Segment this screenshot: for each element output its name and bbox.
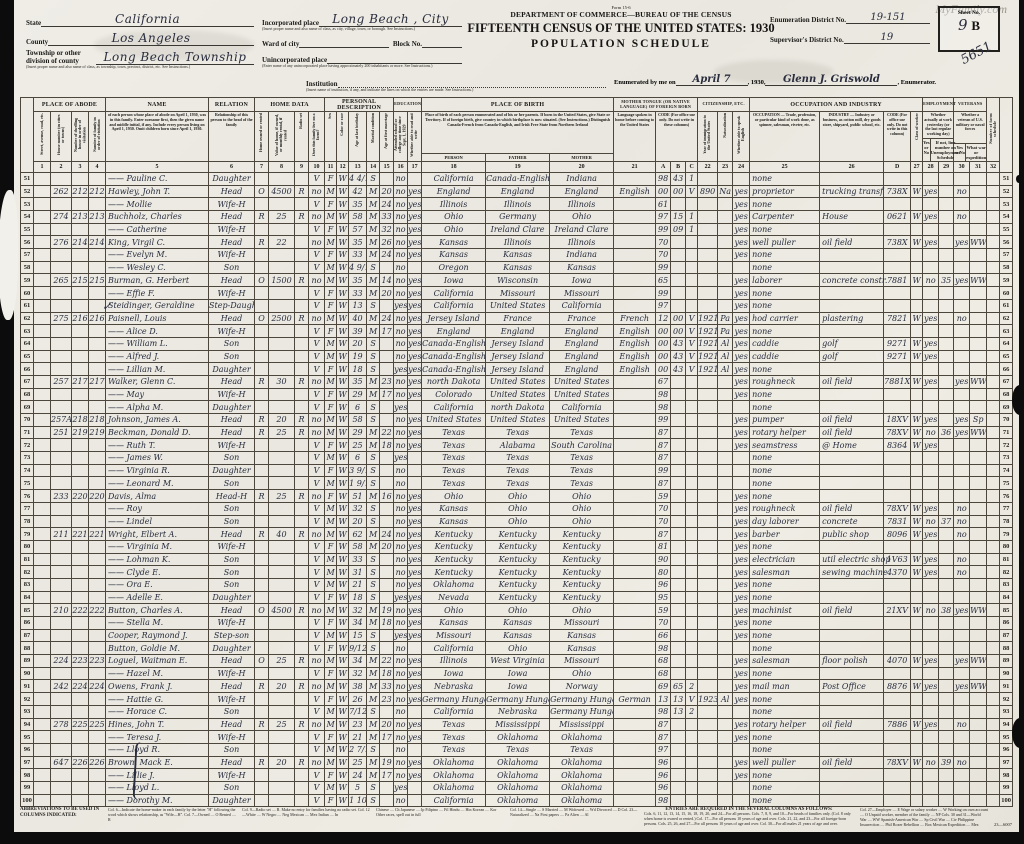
cell-code-b <box>671 642 686 655</box>
line-number: 51 <box>21 172 34 185</box>
cell-naturalization <box>718 502 733 515</box>
cell-naturalization: Al <box>718 363 733 376</box>
cell-family <box>89 781 106 794</box>
township-note: (Insert proper name and also name of cla… <box>26 65 254 69</box>
cell-code-a: 68 <box>656 667 671 680</box>
cell-name: Burman, G. Herbert <box>106 274 209 287</box>
cell-code-c <box>686 731 698 744</box>
cell-relation: Son <box>209 350 255 363</box>
cell-relation: Daughter <box>209 642 255 655</box>
cell-code-b: 65 <box>671 680 686 693</box>
cell-color: W <box>337 617 349 630</box>
cell-unemployment-line <box>939 388 954 401</box>
table-header: PLACE OF ABODE NAME RELATION HOME DATA P… <box>21 98 1013 173</box>
cell-house <box>51 578 72 591</box>
cell-naturalization: Pa <box>718 312 733 325</box>
cell-code-b <box>671 553 686 566</box>
cell-value: 20 <box>269 756 295 769</box>
cell-language <box>614 452 656 465</box>
cell-at-work <box>923 464 939 477</box>
group-relation: RELATION <box>209 98 255 112</box>
cell-code-d <box>884 261 911 274</box>
cell-age: 40 <box>349 312 367 325</box>
cell-age: 39 <box>349 325 367 338</box>
cell-code-d <box>884 731 911 744</box>
cell-unemployment-line: 38 <box>939 604 954 617</box>
cell-street <box>34 769 51 782</box>
cell-school: no <box>394 464 408 477</box>
cell-unemployment-line: 39 <box>939 756 954 769</box>
cell-code-c <box>686 490 698 503</box>
cell-code-a: 59 <box>656 604 671 617</box>
cell-owned: R <box>255 680 269 693</box>
cell-age: 15 <box>349 629 367 642</box>
cell-dwelling <box>72 249 89 262</box>
cell-house <box>51 249 72 262</box>
cell-english: yes <box>733 363 750 376</box>
cell-naturalization: Al <box>718 350 733 363</box>
cell-english: yes <box>733 312 750 325</box>
cell-at-work: yes <box>923 528 939 541</box>
cell-english: yes <box>733 667 750 680</box>
cell-english: yes <box>733 769 750 782</box>
cell-name: Wright, Elbert A. <box>106 528 209 541</box>
cell-occupation: none <box>750 693 820 706</box>
cell-unemployment-line <box>939 452 954 465</box>
cell-marital: M <box>367 185 380 198</box>
cell-color: W <box>337 261 349 274</box>
cell-dwelling: 212 <box>72 185 89 198</box>
cell-occupation: rotary helper <box>750 718 820 731</box>
cell-age: 18 <box>349 591 367 604</box>
line-number: 64 <box>1000 337 1013 350</box>
cell-street <box>34 578 51 591</box>
cell-sex: F <box>325 249 337 262</box>
cell-relation: Wife-H <box>209 223 255 236</box>
cell-code-a: 99 <box>656 223 671 236</box>
table-row: 56276214214King, Virgil C.HeadR22noMW35M… <box>21 236 1013 249</box>
cell-unemployment-line <box>939 299 954 312</box>
cell-dwelling: 213 <box>72 211 89 224</box>
cell-read-write: yes <box>408 553 422 566</box>
cell-name: Loguel, Waitman E. <box>106 655 209 668</box>
cell-language <box>614 617 656 630</box>
cell-immigration <box>698 401 718 414</box>
cell-code-c <box>686 629 698 642</box>
cell-unemployment-line <box>939 578 954 591</box>
cell-class <box>911 464 923 477</box>
cell-name: —— Effie F. <box>106 287 209 300</box>
cell-at-work: yes <box>923 718 939 731</box>
cell-name: —— Ora E. <box>106 578 209 591</box>
cell-sex: F <box>325 642 337 655</box>
cell-farm: no <box>309 718 325 731</box>
cell-language <box>614 198 656 211</box>
cell-war <box>970 223 987 236</box>
cell-industry <box>820 629 884 642</box>
cell-unemployment-line <box>939 591 954 604</box>
cell-marital: M <box>367 236 380 249</box>
handwritten-mark: ✓ <box>102 300 111 313</box>
cell-language <box>614 299 656 312</box>
cell-father-birthplace: Ohio <box>486 502 550 515</box>
cell-naturalization: Na <box>718 185 733 198</box>
cell-occupation: well puller <box>750 756 820 769</box>
cell-dwelling: 220 <box>72 490 89 503</box>
cell-name: Beckman, Donald D. <box>106 426 209 439</box>
cell-father-birthplace: United States <box>486 414 550 427</box>
cell-war <box>970 401 987 414</box>
cell-english <box>733 781 750 794</box>
cell-relation: Step-Daughter <box>209 299 255 312</box>
cell-code-a: 81 <box>656 540 671 553</box>
cell-dwelling <box>72 477 89 490</box>
cell-occupation: none <box>750 540 820 553</box>
cell-code-d <box>884 464 911 477</box>
cell-relation: Daughter <box>209 591 255 604</box>
column-sex: Sex <box>325 112 337 162</box>
cell-relation: Head <box>209 185 255 198</box>
cell-at-work <box>923 452 939 465</box>
cell-dwelling <box>72 667 89 680</box>
cell-war <box>970 249 987 262</box>
line-number: 97 <box>21 756 34 769</box>
cell-veteran <box>954 705 970 718</box>
cell-war <box>970 540 987 553</box>
cell-english: yes <box>733 490 750 503</box>
cell-age: 26 <box>349 693 367 706</box>
cell-immigration <box>698 578 718 591</box>
cell-age: 7/12 <box>349 705 367 718</box>
column-number: 16 <box>394 161 408 172</box>
cell-owned: O <box>255 185 269 198</box>
cell-farm: no <box>309 604 325 617</box>
cell-occupation: none <box>750 249 820 262</box>
cell-relation: Daughter <box>209 794 255 807</box>
cell-street <box>34 325 51 338</box>
line-number: 73 <box>21 452 34 465</box>
cell-street <box>34 642 51 655</box>
line-number: 86 <box>1000 617 1013 630</box>
cell-school: no <box>394 198 408 211</box>
cell-veteran <box>954 198 970 211</box>
cell-immigration <box>698 528 718 541</box>
cell-code-c <box>686 375 698 388</box>
cell-farm-schedule <box>987 375 1000 388</box>
entries-text: Cols. 6, 11, 12, 13, 14, 15, 16, 18, 19,… <box>644 812 854 826</box>
cell-color: W <box>337 388 349 401</box>
cell-language <box>614 769 656 782</box>
cell-owned <box>255 667 269 680</box>
cell-birthplace: Kansas <box>422 249 486 262</box>
cell-code-c <box>686 781 698 794</box>
cell-house <box>51 198 72 211</box>
cell-father-birthplace: United States <box>486 299 550 312</box>
cell-relation: Son <box>209 781 255 794</box>
cell-language: English <box>614 185 656 198</box>
cell-age: 32 <box>349 667 367 680</box>
cell-code-b <box>671 477 686 490</box>
cell-code-c: V <box>686 337 698 350</box>
cell-code-d <box>884 198 911 211</box>
cell-farm: V <box>309 591 325 604</box>
cell-language: French <box>614 312 656 325</box>
cell-house: 211 <box>51 528 72 541</box>
cell-age-married: 32 <box>380 223 394 236</box>
cell-farm-schedule <box>987 236 1000 249</box>
cell-naturalization: Al <box>718 693 733 706</box>
cell-mother-birthplace: United States <box>550 388 614 401</box>
cell-mother-birthplace: Iowa <box>550 274 614 287</box>
cell-immigration <box>698 198 718 211</box>
column-number: 22 <box>698 161 718 172</box>
supervisor-district-label: Supervisor's District No. <box>770 36 844 44</box>
column-farm-schedule: Number of farm schedule <box>987 98 1000 162</box>
cell-unemployment-line <box>939 743 954 756</box>
cell-class: W <box>911 337 923 350</box>
cell-read-write: yes <box>408 566 422 579</box>
cell-family <box>89 350 106 363</box>
enumeration-date: April 7 <box>676 74 748 86</box>
cell-value <box>269 401 295 414</box>
cell-code-b <box>671 617 686 630</box>
cell-immigration <box>698 439 718 452</box>
cell-code-d <box>884 781 911 794</box>
column-dwelling-number: Number of dwelling house in order of vis… <box>72 112 89 162</box>
cell-code-c: 1 <box>686 223 698 236</box>
cell-unemployment-line <box>939 249 954 262</box>
cell-sex: F <box>325 731 337 744</box>
cell-value <box>269 743 295 756</box>
cell-age-married: 17 <box>380 388 394 401</box>
cell-street <box>34 439 51 452</box>
cell-name: Hawley, John T. <box>106 185 209 198</box>
line-number: 74 <box>21 464 34 477</box>
cell-code-c <box>686 452 698 465</box>
group-personal-description: PERSONAL DESCRIPTION <box>325 98 394 112</box>
cell-mother-birthplace: England <box>550 350 614 363</box>
cell-naturalization <box>718 604 733 617</box>
cell-father-birthplace: Oklahoma <box>486 731 550 744</box>
line-number: 65 <box>1000 350 1013 363</box>
cell-house: 647 <box>51 756 72 769</box>
cell-house <box>51 540 72 553</box>
cell-farm-schedule <box>987 540 1000 553</box>
cell-war <box>970 515 987 528</box>
cell-name: —— Alfred J. <box>106 350 209 363</box>
cell-read-write: yes <box>408 502 422 515</box>
cell-mother-birthplace: Germany Hungary <box>550 693 614 706</box>
cell-code-d: 738X <box>884 236 911 249</box>
cell-birthplace: California <box>422 299 486 312</box>
cell-marital: M <box>367 617 380 630</box>
cell-family: 218 <box>89 414 106 427</box>
cell-relation: Head <box>209 604 255 617</box>
cell-name: —— Adelle E. <box>106 591 209 604</box>
cell-veteran <box>954 743 970 756</box>
cell-english: yes <box>733 604 750 617</box>
table-row: 53—— MollieWife-HVFW35M24noyesIllinoisIl… <box>21 198 1013 211</box>
cell-mother-birthplace: Ireland Clare <box>550 223 614 236</box>
cell-sex: M <box>325 756 337 769</box>
cell-war <box>970 705 987 718</box>
column-number: 31 <box>970 161 987 172</box>
cell-value <box>269 566 295 579</box>
cell-street <box>34 236 51 249</box>
cell-english <box>733 642 750 655</box>
cell-read-write: yes <box>408 604 422 617</box>
cell-code-b <box>671 731 686 744</box>
cell-street <box>34 312 51 325</box>
cell-color: W <box>337 337 349 350</box>
line-number: 66 <box>1000 363 1013 376</box>
cell-relation: Head <box>209 274 255 287</box>
cell-mother-birthplace: Ohio <box>550 667 614 680</box>
line-number: 69 <box>21 401 34 414</box>
cell-immigration <box>698 604 718 617</box>
cell-at-work <box>923 769 939 782</box>
line-number: 82 <box>21 566 34 579</box>
cell-at-work: yes <box>923 312 939 325</box>
cell-class: W <box>911 236 923 249</box>
cell-value: 25 <box>269 211 295 224</box>
cell-value <box>269 578 295 591</box>
enumerated-by-line: Enumerated by me on April 7 , 1930, Glen… <box>614 74 1014 86</box>
cell-at-work: yes <box>923 414 939 427</box>
cell-naturalization <box>718 490 733 503</box>
cell-code-d <box>884 743 911 756</box>
cell-radio: R <box>295 655 309 668</box>
cell-name: —— Stella M. <box>106 617 209 630</box>
cell-code-a: 70 <box>656 617 671 630</box>
cell-farm-schedule <box>987 769 1000 782</box>
table-row: 60—— Effie F.Wife-HVFW33M20noyesCaliforn… <box>21 287 1013 300</box>
line-number: 94 <box>21 718 34 731</box>
cell-at-work: yes <box>923 337 939 350</box>
cell-family <box>89 566 106 579</box>
cell-mother-birthplace: Oklahoma <box>550 756 614 769</box>
cell-naturalization <box>718 236 733 249</box>
line-number: 78 <box>21 515 34 528</box>
cell-occupation: none <box>750 287 820 300</box>
cell-read-write <box>408 794 422 807</box>
cell-sex: M <box>325 236 337 249</box>
cell-marital: S <box>367 414 380 427</box>
cell-father-birthplace: Iowa <box>486 680 550 693</box>
cell-dwelling: 217 <box>72 375 89 388</box>
cell-farm: no <box>309 312 325 325</box>
cell-marital: S <box>367 591 380 604</box>
cell-farm-schedule <box>987 363 1000 376</box>
cell-age-married <box>380 401 394 414</box>
cell-language <box>614 540 656 553</box>
cell-read-write: yes <box>408 414 422 427</box>
table-row: 62275216216Paisnell, LouisHeadO2500RnoMW… <box>21 312 1013 325</box>
cell-color: W <box>337 477 349 490</box>
cell-farm-schedule <box>987 274 1000 287</box>
cell-at-work: no <box>923 426 939 439</box>
cell-naturalization <box>718 439 733 452</box>
cell-at-work: yes <box>923 655 939 668</box>
cell-war <box>970 718 987 731</box>
cell-code-c <box>686 274 698 287</box>
cell-farm-schedule <box>987 553 1000 566</box>
cell-radio <box>295 693 309 706</box>
cell-birthplace: Kentucky <box>422 528 486 541</box>
cell-age: 42 <box>349 185 367 198</box>
cell-marital: S <box>367 781 380 794</box>
cell-father-birthplace: Jersey Island <box>486 363 550 376</box>
cell-radio <box>295 705 309 718</box>
district-block: Enumeration District No. 19-151 Supervis… <box>770 12 930 48</box>
cell-color: W <box>337 414 349 427</box>
cell-owned <box>255 198 269 211</box>
cell-color: W <box>337 680 349 693</box>
cell-age-married: 22 <box>380 426 394 439</box>
cell-relation: Head <box>209 414 255 427</box>
cell-at-work <box>923 705 939 718</box>
cell-sex: M <box>325 680 337 693</box>
cell-code-b <box>671 274 686 287</box>
cell-code-d <box>884 287 911 300</box>
cell-unemployment-line <box>939 464 954 477</box>
cell-at-work <box>923 490 939 503</box>
cell-at-work: no <box>923 515 939 528</box>
cell-language <box>614 477 656 490</box>
cell-marital: S <box>367 401 380 414</box>
cell-industry <box>820 299 884 312</box>
cell-language <box>614 655 656 668</box>
cell-school: no <box>394 756 408 769</box>
cell-code-c <box>686 756 698 769</box>
cell-class: W <box>911 414 923 427</box>
cell-dwelling <box>72 172 89 185</box>
cell-birthplace: Oregon <box>422 261 486 274</box>
cell-house <box>51 477 72 490</box>
cell-father-birthplace: Illinois <box>486 236 550 249</box>
line-number: 79 <box>1000 528 1013 541</box>
cell-war <box>970 172 987 185</box>
cell-name: —— William L. <box>106 337 209 350</box>
cell-color: W <box>337 705 349 718</box>
cell-naturalization <box>718 642 733 655</box>
cell-radio <box>295 477 309 490</box>
line-number: 55 <box>1000 223 1013 236</box>
cell-industry <box>820 743 884 756</box>
line-number: 95 <box>1000 731 1013 744</box>
cell-name: —— Roy <box>106 502 209 515</box>
cell-family: 216 <box>89 312 106 325</box>
cell-language <box>614 464 656 477</box>
cell-color: W <box>337 452 349 465</box>
cell-code-d: 8364 <box>884 439 911 452</box>
cell-relation: Wife-H <box>209 540 255 553</box>
cell-street <box>34 566 51 579</box>
cell-house: 233 <box>51 490 72 503</box>
cell-age-married: 17 <box>380 325 394 338</box>
cell-birthplace: Iowa <box>422 274 486 287</box>
cell-naturalization <box>718 401 733 414</box>
cell-read-write: yes <box>408 718 422 731</box>
cell-sex: M <box>325 718 337 731</box>
cell-school: no <box>394 540 408 553</box>
cell-english: yes <box>733 655 750 668</box>
cell-dwelling <box>72 693 89 706</box>
cell-sex: M <box>325 350 337 363</box>
line-number: 70 <box>21 414 34 427</box>
cell-farm: V <box>309 693 325 706</box>
cell-language <box>614 223 656 236</box>
